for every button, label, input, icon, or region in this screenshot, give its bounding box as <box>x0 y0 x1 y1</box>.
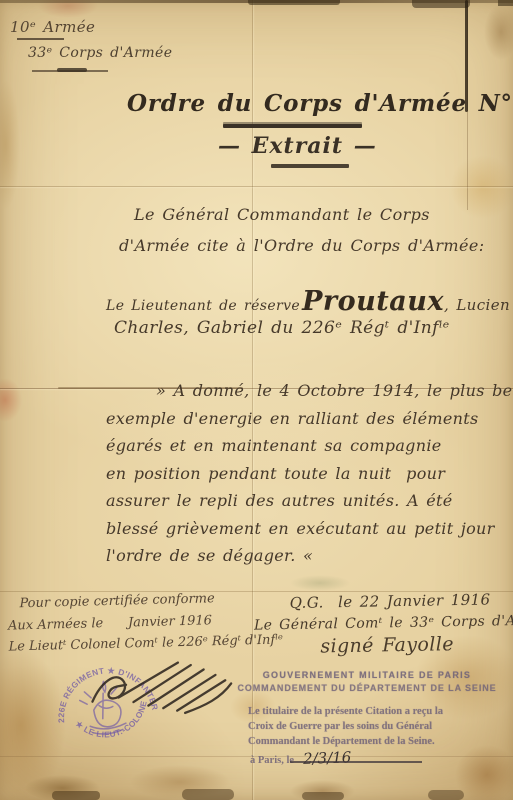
extrait-subtitle: — Extrait — <box>218 133 377 159</box>
citation-line: blessé grièvement en exécutant au petit … <box>106 515 498 543</box>
top-edge-mark <box>412 0 470 8</box>
gov-stamp-body-1: Le titulaire de la présente Citation a r… <box>248 706 506 717</box>
gov-military-stamp: GOUVERNEMENT MILITAIRE DE PARIS COMMANDE… <box>228 670 506 767</box>
paper-stain <box>0 80 20 210</box>
title-underline <box>223 124 362 128</box>
intro-line-1: Le Général Commandant le Corps <box>134 205 430 224</box>
top-edge-mark <box>248 0 340 5</box>
certification-block: Pour copie certifiée conforme Aux Armées… <box>7 589 283 654</box>
bottom-edge-mark <box>182 789 234 800</box>
bottom-edge-mark <box>428 790 464 800</box>
corps-designation: 33ᵉ Corps d'Armée <box>28 45 172 61</box>
signed-fayolle-line: signé Fayolle <box>320 631 513 657</box>
gov-stamp-body-2: Croix de Guerre par les soins du Général <box>248 721 506 732</box>
citation-line: l'ordre de se dégager. « <box>106 542 498 570</box>
order-title: Ordre du Corps d'Armée N° 92. <box>127 90 513 117</box>
recipient-name: Proutaux <box>302 286 444 317</box>
torn-top-edge <box>0 0 513 3</box>
subtitle-underline <box>271 164 349 168</box>
hq-date-line: Q.G. le 22 Janvier 1916 <box>289 589 513 612</box>
paper-stain <box>130 765 230 799</box>
paris-date-handwritten: 2/3/16 <box>303 748 352 768</box>
army-underline <box>17 38 64 40</box>
citation-line: exemple d'energie en ralliant des élémen… <box>106 405 498 433</box>
paper-stain <box>0 378 22 422</box>
date-underline <box>290 761 422 763</box>
citation-line: égarés et en maintenant sa compagnie <box>106 432 498 460</box>
lieutenant-colonel-signature <box>83 647 237 726</box>
certification-line-1: Pour copie certifiée conforme <box>19 589 282 611</box>
recipient-firstname: , Lucien <box>444 296 510 314</box>
paris-place-label: à Paris, le <box>250 755 294 766</box>
army-designation: 10ᵉ Armée <box>10 18 95 36</box>
paper-stain <box>450 155 513 219</box>
corps-underline-mark <box>57 68 87 72</box>
recipient-unit-line: Charles, Gabriel du 226ᵉ Régᵗ d'Infⁱᵉ <box>114 318 450 338</box>
bottom-edge-mark <box>52 791 100 800</box>
citation-body: » A donné, le 4 Octobre 1914, le plus be… <box>106 377 498 570</box>
gov-stamp-header-2: COMMANDEMENT DU DÉPARTEMENT DE LA SEINE <box>228 683 506 693</box>
general-command-line: Le Général Comᵗ le 33ᵉ Corps d'Armée <box>254 612 513 633</box>
document-page: 10ᵉ Armée 33ᵉ Corps d'Armée Ordre du Cor… <box>0 0 513 800</box>
paper-stain <box>484 4 513 60</box>
top-edge-mark <box>498 0 513 6</box>
gov-stamp-body-3: Commandant le Département de la Seine. <box>248 736 506 747</box>
gov-stamp-header-1: GOUVERNEMENT MILITAIRE DE PARIS <box>228 670 506 680</box>
paper-stain <box>38 0 98 18</box>
citation-line: en position pendant toute la nuit pour <box>106 460 498 488</box>
certification-line-2: Aux Armées le Janvier 1916 <box>8 611 283 633</box>
fold-crease <box>0 186 513 187</box>
bottom-edge-mark <box>302 792 344 800</box>
citation-line: assurer le repli des autres unités. A ét… <box>106 487 498 515</box>
intro-line-2: d'Armée cite à l'Ordre du Corps d'Armée: <box>119 236 485 255</box>
recipient-line: Le Lieutenant de réserve Proutaux , Luci… <box>106 286 510 317</box>
recipient-rank: Le Lieutenant de réserve <box>106 298 300 314</box>
citation-line: » A donné, le 4 Octobre 1914, le plus be… <box>106 377 498 405</box>
order-signature-block: Q.G. le 22 Janvier 1916 Le Général Comᵗ … <box>253 589 513 658</box>
paper-stain <box>290 780 355 800</box>
paper-stain <box>290 575 350 591</box>
